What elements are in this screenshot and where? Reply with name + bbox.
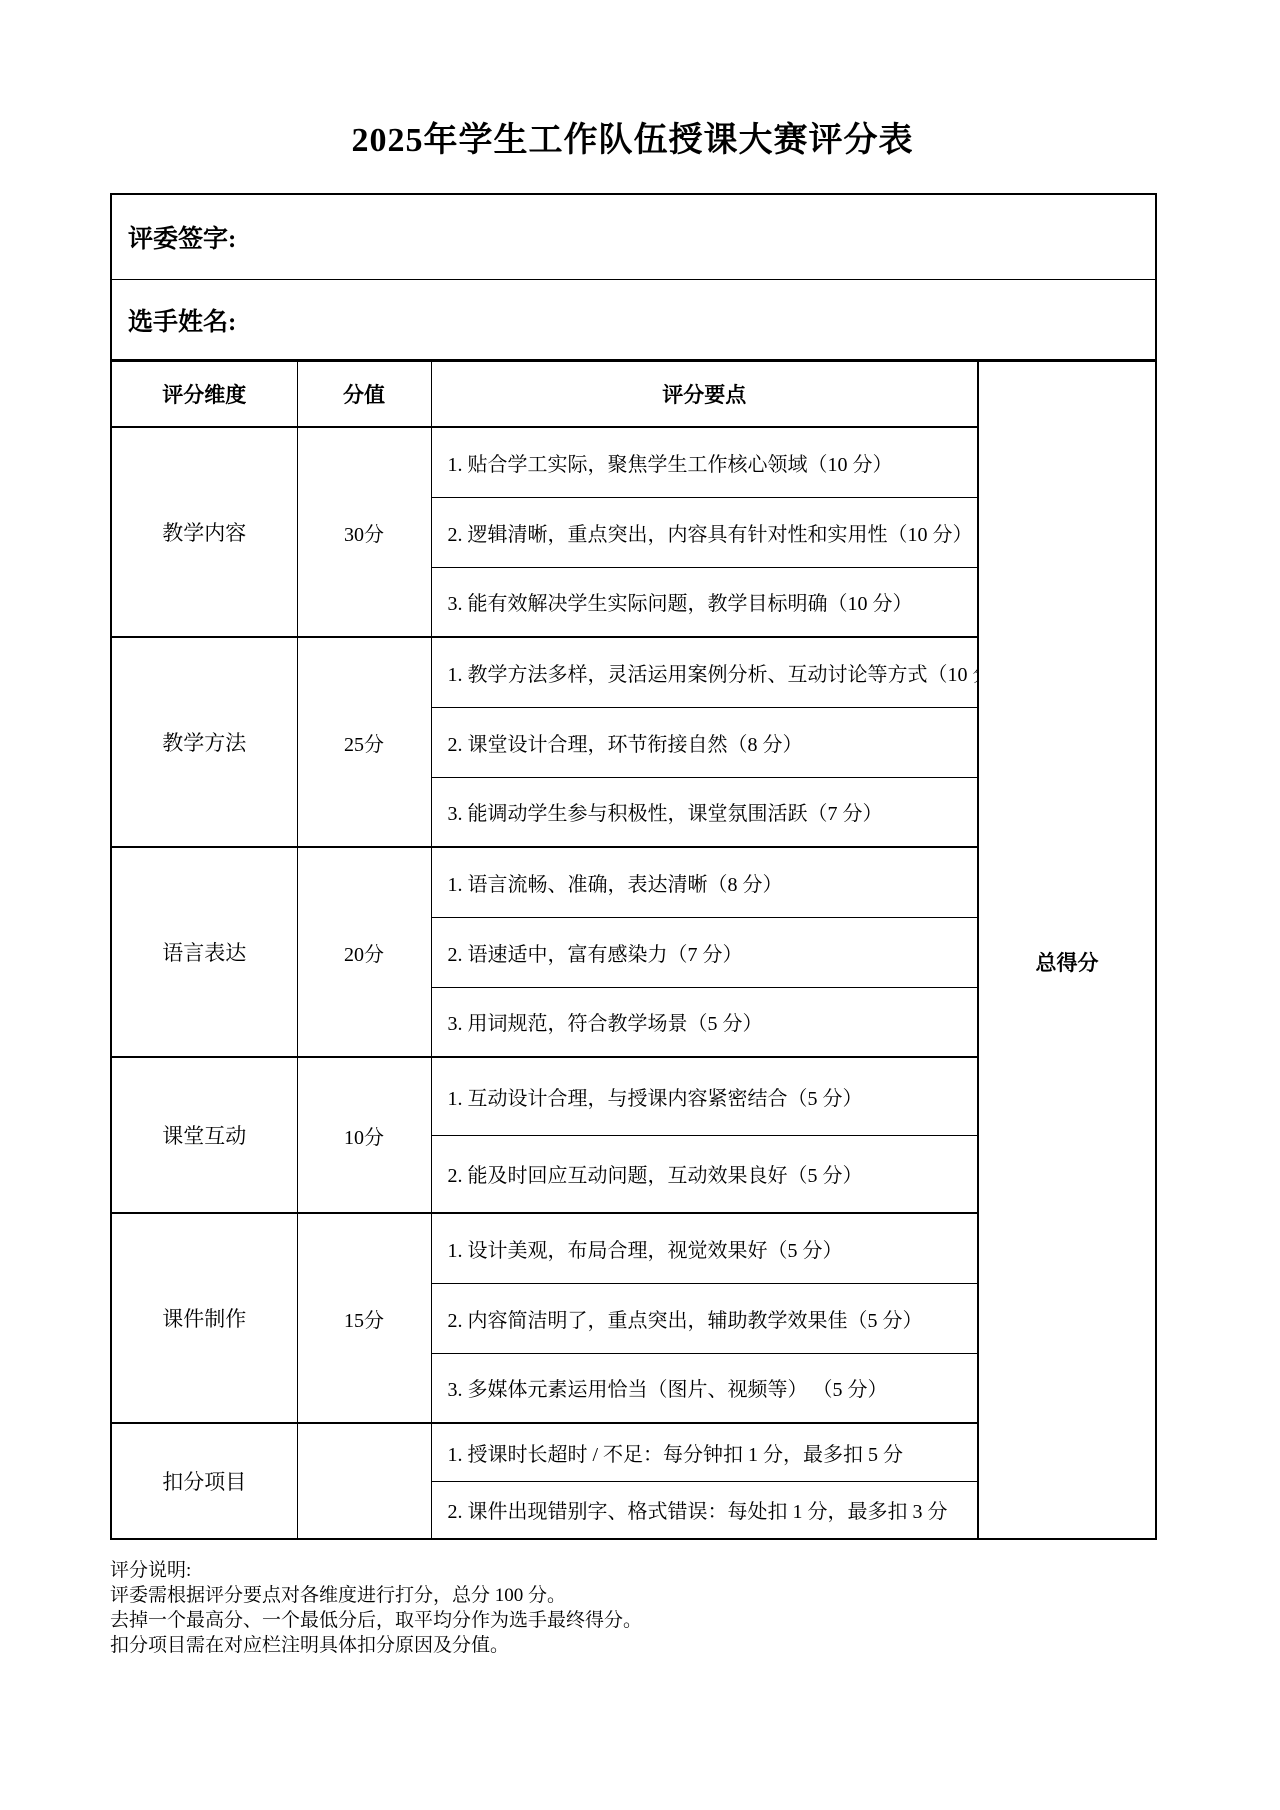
header-score: 分值 xyxy=(297,361,431,428)
criteria-cell: 1. 设计美观，布局合理，视觉效果好（5 分） xyxy=(431,1213,978,1283)
note-line: 评委需根据评分要点对各维度进行打分，总分 100 分。 xyxy=(110,1583,1155,1608)
criteria-cell: 2. 内容简洁明了，重点突出，辅助教学效果佳（5 分） xyxy=(431,1283,978,1353)
section-score: 10分 xyxy=(297,1057,431,1213)
notes-heading: 评分说明: xyxy=(110,1558,1155,1583)
scoring-table: 评委签字: 选手姓名: 评分维度 分值 评分要点 总得分 教学内容 30分 1.… xyxy=(110,193,1157,1540)
criteria-cell: 2. 逻辑清晰，重点突出，内容具有针对性和实用性（10 分） xyxy=(431,497,978,567)
criteria-cell: 3. 能有效解决学生实际问题，教学目标明确（10 分） xyxy=(431,567,978,637)
criteria-cell: 2. 课堂设计合理，环节衔接自然（8 分） xyxy=(431,707,978,777)
contestant-name-cell: 选手姓名: xyxy=(111,280,1156,361)
page-title: 2025年学生工作队伍授课大赛评分表 xyxy=(110,112,1155,161)
criteria-cell: 1. 语言流畅、准确，表达清晰（8 分） xyxy=(431,847,978,917)
contestant-name-label: 选手姓名: xyxy=(128,309,236,336)
section-score: 20分 xyxy=(297,847,431,1057)
criteria-cell: 1. 教学方法多样，灵活运用案例分析、互动讨论等方式（10 分） xyxy=(431,637,978,707)
criteria-cell: 2. 能及时回应互动问题，互动效果良好（5 分） xyxy=(431,1135,978,1213)
criteria-cell: 3. 能调动学生参与积极性，课堂氛围活跃（7 分） xyxy=(431,777,978,847)
judge-signature-cell: 评委签字: xyxy=(111,194,1156,280)
criteria-cell: 1. 授课时长超时 / 不足：每分钟扣 1 分，最多扣 5 分 xyxy=(431,1423,978,1481)
section-dimension: 教学内容 xyxy=(111,427,297,637)
document-page: 2025年学生工作队伍授课大赛评分表 评委签字: 选手姓名: 评分维度 分值 评… xyxy=(110,0,1155,1658)
section-score xyxy=(297,1423,431,1539)
section-dimension: 课堂互动 xyxy=(111,1057,297,1213)
section-score: 15分 xyxy=(297,1213,431,1423)
judge-signature-row: 评委签字: xyxy=(111,194,1156,280)
note-line: 扣分项目需在对应栏注明具体扣分原因及分值。 xyxy=(110,1633,1155,1658)
section-dimension: 课件制作 xyxy=(111,1213,297,1423)
criteria-cell: 3. 用词规范，符合教学场景（5 分） xyxy=(431,987,978,1057)
criteria-cell: 1. 贴合学工实际，聚焦学生工作核心领域（10 分） xyxy=(431,427,978,497)
criteria-cell: 2. 课件出现错别字、格式错误：每处扣 1 分，最多扣 3 分 xyxy=(431,1481,978,1539)
judge-signature-label: 评委签字: xyxy=(128,226,236,253)
section-dimension: 教学方法 xyxy=(111,637,297,847)
header-dimension: 评分维度 xyxy=(111,361,297,428)
section-dimension: 语言表达 xyxy=(111,847,297,1057)
section-score: 30分 xyxy=(297,427,431,637)
contestant-name-row: 选手姓名: xyxy=(111,280,1156,361)
section-dimension: 扣分项目 xyxy=(111,1423,297,1539)
section-score: 25分 xyxy=(297,637,431,847)
criteria-cell: 1. 互动设计合理，与授课内容紧密结合（5 分） xyxy=(431,1057,978,1135)
header-total: 总得分 xyxy=(979,947,1155,977)
header-points: 评分要点 xyxy=(431,361,978,428)
criteria-cell: 2. 语速适中，富有感染力（7 分） xyxy=(431,917,978,987)
criteria-cell: 3. 多媒体元素运用恰当（图片、视频等） （5 分） xyxy=(431,1353,978,1423)
scoring-notes: 评分说明: 评委需根据评分要点对各维度进行打分，总分 100 分。 去掉一个最高… xyxy=(110,1558,1155,1658)
table-header-row: 评分维度 分值 评分要点 总得分 xyxy=(111,361,1156,428)
total-score-cell: 总得分 xyxy=(978,361,1156,1540)
note-line: 去掉一个最高分、一个最低分后，取平均分作为选手最终得分。 xyxy=(110,1608,1155,1633)
